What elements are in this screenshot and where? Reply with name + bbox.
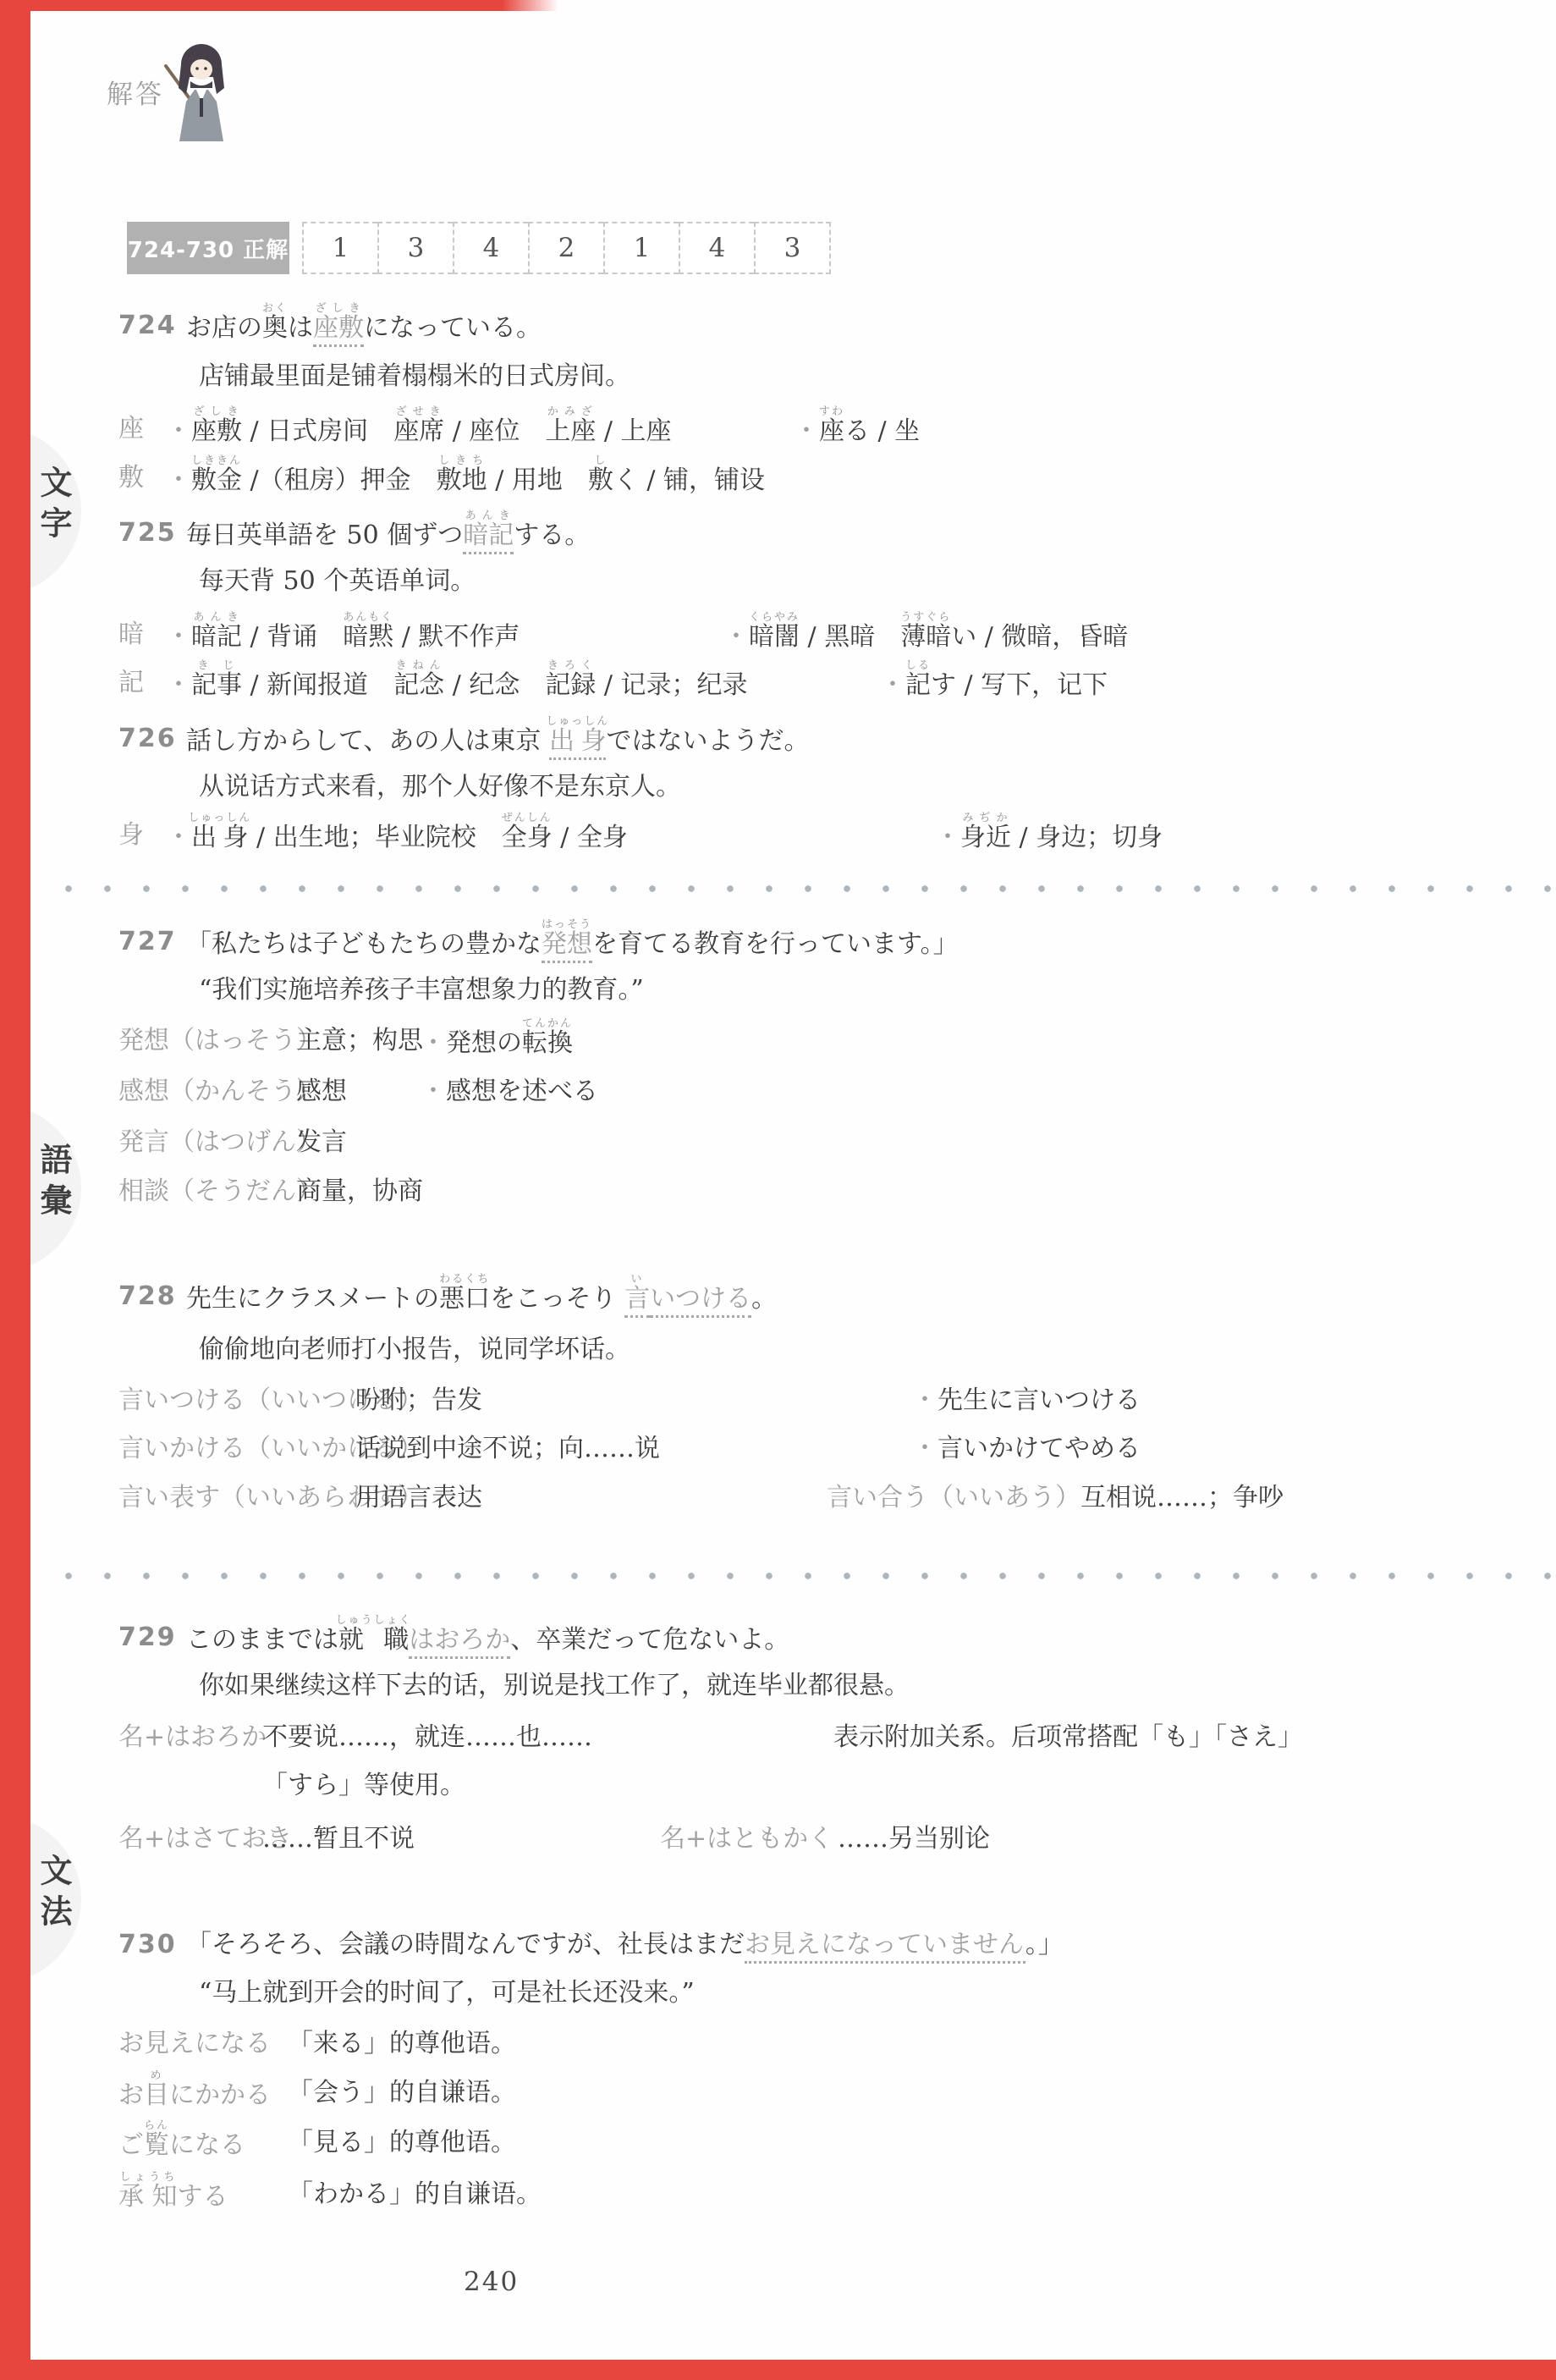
text-seg: 言い合う（いいあう） [827,1483,1080,1512]
text-seg: 言いかけてやめる [937,1434,1141,1463]
text-seg: 表示附加关系。后项常搭配「も」「さえ」 [833,1722,1303,1752]
text-seg: 先生に言いつける [937,1386,1141,1415]
text-seg: 暗闇くらやみ [749,622,800,652]
text-row: 座・座敷ざしき / 日式房间 座席ざせき / 座位 上座かみざ / 上座・座すわ… [0,405,1556,453]
text-seg: 敷金しききん [191,466,242,495]
text-seg: 「来る」的尊他语。 [288,2029,516,2058]
example: ・感想を述べる [421,1068,598,1116]
kanji-headword: 身 [118,812,144,859]
text-seg: 座すわ [819,416,844,446]
text-seg: ・ [166,416,191,446]
text-seg: ・ [166,622,191,652]
cn-translation: 店铺最里面是铺着榻榻米的日式房间。 [199,353,630,400]
headword: お見えになる [118,2020,271,2068]
answer-word: お見えになっていません [745,1930,1025,1964]
entry: 言い合う（いいあう）互相说……；争吵 [827,1474,1284,1522]
cn-translation: 你如果继续这样下去的话，别说是找工作了，就连毕业都很悬。 [199,1662,910,1710]
kanji-headword: 暗 [118,611,144,658]
text-seg: 店铺最里面是铺着榻榻米的日式房间。 [199,361,630,391]
section-number: 728 [118,1273,177,1320]
text-row: 暗・暗記あんき / 背诵 暗黙あんもく / 默不作声・暗闇くらやみ / 黑暗 薄… [0,611,1556,658]
text-seg: 上座かみざ [545,416,596,446]
text-seg: 从说话方式来看，那个人好像不是东京人。 [199,772,681,802]
text-seg: 座席ざせき [393,416,444,446]
text-row: 每天背 50 个英语单词。 [0,558,1556,605]
text-row: 言い表す（いいあらわす）用语言表达言い合う（いいあう）互相说……；争吵 [0,1474,1556,1522]
cn-translation: “马上就到开会的时间了，可是社长还没来。” [199,1970,695,2017]
text-row: 敷・敷金しききん /（租房）押金 敷地しきち / 用地 敷しく / 铺，铺设 [0,455,1556,502]
text-seg: 相談（そうだん） [118,1176,322,1206]
text-seg: このままでは [186,1625,338,1655]
text-seg: 、卒業だって危ないよ。 [510,1625,789,1655]
text-seg: する [178,2182,228,2212]
text-row: 728先生にクラスメートの悪口わるくちをこっそり 言いいつける。 [0,1273,1556,1320]
text-row: 726話し方からして、あの人は東京 出身しゅっしんではないようだ。 [0,715,1556,763]
gloss: 主意；构思 [296,1017,423,1065]
text-seg: 。 [751,1284,777,1314]
text-seg: 730 [118,1930,177,1959]
gloss: 感想 [296,1068,347,1116]
text-seg: 就 職しゅうしょく [338,1625,409,1655]
text-seg: ・ [421,1028,446,1058]
text-row: 名+はさておき……暂且不说名+はともかく……另当别论 [0,1815,1556,1863]
text-row: 承 知しょうちする「わかる」的自谦语。 [0,2171,1556,2218]
text-row: 从说话方式来看，那个人好像不是东京人。 [0,763,1556,811]
text-seg: 先生にクラスメートの [186,1284,439,1314]
text-seg: 暗 [118,620,144,649]
text-row: 言いかける（いいかける）话说到中途不说；向……说・言いかけてやめる [0,1425,1556,1473]
text-seg: お見えになる [118,2029,271,2058]
example: ・先生に言いつける [912,1377,1141,1424]
text-seg: 座 [118,414,144,443]
text-seg: 偷偷地向老师打小报告，说同学坏话。 [199,1335,630,1364]
text-seg: 感想 [296,1077,347,1106]
answer-word: はおろか [409,1625,510,1659]
text-seg: ・ [935,823,960,852]
text-seg: る / 坐 [844,416,920,446]
entry: ・記しるす / 写下，记下 [880,659,1108,709]
text-row: 記・記事きじ / 新闻报道 記念きねん / 纪念 記録きろく / 记录；纪录・記… [0,659,1556,707]
gloss: 发言 [296,1119,347,1166]
text-seg: ・ [166,670,191,700]
answer-word: 座敷ざしき [313,313,364,347]
text-row: 你如果继续这样下去的话，别说是找工作了，就连毕业都很悬。 [0,1662,1556,1710]
answer-word: 発想はっそう [542,929,592,963]
text-seg: 暗記あんき [191,622,242,652]
section-number: 727 [118,918,177,966]
section-number: 730 [118,1921,177,1969]
text-seg: 奥おく [262,313,288,343]
text-seg: 暗黙あんもく [343,622,393,652]
cn-translation: “我们实施培养孩子丰富想象力的教育。” [199,967,644,1014]
text-seg: 名+はおろか [118,1722,267,1752]
page-edge-top [0,0,558,11]
text-seg: 用语言表达 [355,1483,482,1512]
text-seg: 吩咐；告发 [355,1386,482,1415]
text-seg: 転換てんかん [522,1028,573,1058]
text-seg: を育てる教育を行っています。」 [592,929,959,959]
text-seg: / 全身 [553,823,628,852]
text-seg: 725 [118,518,177,548]
text-seg: / 默不作声 [393,622,520,652]
text-seg: ……另当别论 [838,1824,990,1854]
text-row: 発想（はっそう）主意；构思・発想の転換てんかん [0,1017,1556,1065]
text-seg: く / 铺，铺设 [613,466,765,495]
text-seg: 悪口わるくち [439,1284,490,1314]
gloss: ……暂且不说 [262,1815,415,1863]
text-row: “马上就到开会的时间了，可是社长还没来。” [0,1970,1556,2017]
text-seg: 目め [144,2080,169,2110]
text-seg: 身 [118,820,144,850]
text-seg: ……暂且不说 [262,1824,415,1854]
text-seg: 覧らん [144,2130,169,2160]
text-seg: 記事きじ [191,670,242,700]
text-seg: ・ [880,670,905,700]
text-row: 言いつける（いいつける）吩咐；告发・先生に言いつける [0,1377,1556,1424]
gloss: 「すら」等使用。 [262,1762,465,1810]
page-edge-left [0,0,30,2380]
text-seg: 感想（かんそう） [118,1077,322,1106]
kanji-headword: 敷 [118,455,144,502]
text-seg: 「見る」的尊他语。 [288,2128,516,2157]
text-seg: 座敷ざしき [191,416,242,446]
entry: ・記事きじ / 新闻报道 記念きねん / 纪念 記録きろく / 记录；纪录 [166,659,748,709]
content: 724お店の奥おくは座敷ざしきになっている。店铺最里面是铺着榻榻米的日式房间。座… [0,0,1556,2380]
text-seg: になる [169,2130,245,2160]
text-row: お目めにかかる「会う」的自谦语。 [0,2069,1556,2117]
answer-word: 出身しゅっしん [549,726,607,760]
text-seg: / 背诵 [242,622,343,652]
entry: ・出身しゅっしん / 出生地；毕业院校 全身ぜんしん / 全身 [166,812,628,862]
text-row: 発言（はつげん）发言 [0,1119,1556,1166]
text-seg: い / 微暗，昏暗 [951,622,1128,652]
entry: ・身近みぢか / 身边；切身 [935,812,1163,862]
headword: 承 知しょうちする [118,2171,228,2221]
example: ・発想の転換てんかん [421,1017,573,1067]
text-seg: 発言（はつげん） [118,1127,322,1157]
gloss: 商量，协商 [296,1168,423,1215]
text-row: “我们实施培养孩子丰富想象力的教育。” [0,967,1556,1014]
text-row: 感想（かんそう）感想・感想を述べる [0,1068,1556,1116]
gloss: 「来る」的尊他语。 [288,2020,516,2068]
text-row: 相談（そうだん）商量，协商 [0,1168,1556,1215]
text-seg: ・ [912,1434,937,1463]
text-seg: 「そろそろ、会議の時間なんですが、社長はまだ [186,1930,745,1959]
text-row: お見えになる「来る」的尊他语。 [0,2020,1556,2068]
headword: 発想（はっそう） [118,1017,322,1065]
jp-sentence: 先生にクラスメートの悪口わるくちをこっそり 言いいつける。 [186,1273,777,1323]
text-seg: / 座位 [444,416,545,446]
jp-sentence: 毎日英単語を 50 個ずつ暗記あんきする。 [186,510,590,559]
page-number: 240 [464,2267,519,2297]
text-row: 店铺最里面是铺着榻榻米的日式房间。 [0,353,1556,400]
headword: 名+はともかく [660,1815,833,1863]
text-seg: ・ [421,1077,446,1106]
text-seg: 全身ぜんしん [502,823,553,852]
text-seg: 你如果继续这样下去的话，别说是找工作了，就连毕业都很悬。 [199,1671,910,1700]
page-edge-bottom [0,2360,1556,2380]
text-row: 偷偷地向老师打小报告，说同学坏话。 [0,1326,1556,1374]
text-seg: 不要说……，就连……也…… [262,1722,592,1752]
section-number: 724 [118,302,177,350]
entry: ・暗闇くらやみ / 黑暗 薄暗うすぐらい / 微暗，昏暗 [723,611,1128,661]
jp-sentence: 話し方からして、あの人は東京 出身しゅっしんではないようだ。 [186,715,809,765]
jp-sentence: 「私たちは子どもたちの豊かな発想はっそうを育てる教育を行っています。」 [186,918,959,968]
text-seg: ・ [166,466,191,495]
text-seg: / 纪念 [444,670,545,700]
text-seg: ではないようだ。 [606,726,809,756]
text-seg: 毎日英単語を 50 個ずつ [186,521,463,550]
answer-word: 言い [624,1284,650,1318]
textbook-page: 文字 語彙 文法 解答 724-730 正解 1342143 724お店の奥おく… [0,0,1556,2380]
gloss: ……另当别论 [838,1815,990,1863]
headword: 発言（はつげん） [118,1119,322,1166]
text-row: 「すら」等使用。 [0,1762,1556,1810]
text-seg: ・ [794,416,819,446]
text-seg: 記念きねん [393,670,444,700]
text-seg: 724 [118,311,177,340]
text-seg: 「わかる」的自谦语。 [288,2179,542,2209]
text-seg: 記 [118,668,144,697]
entry: ・暗記あんき / 背诵 暗黙あんもく / 默不作声 [166,611,520,661]
text-seg: 发言 [296,1127,347,1157]
text-seg: / 身边；切身 [1011,823,1163,852]
text-seg: /（租房）押金 [242,466,437,495]
jp-sentence: このままでは就 職しゅうしょくはおろか、卒業だって危ないよ。 [186,1614,789,1664]
text-seg: す / 写下，记下 [931,670,1108,700]
text-seg: 薄暗うすぐら [900,622,951,652]
entry: ・敷金しききん /（租房）押金 敷地しきち / 用地 敷しく / 铺，铺设 [166,455,765,504]
text-seg: 感想を述べる [446,1077,598,1106]
text-seg: 727 [118,927,177,956]
text-row: 身・出身しゅっしん / 出生地；毕业院校 全身ぜんしん / 全身・身近みぢか /… [0,812,1556,859]
answer-word: 暗記あんき [463,521,514,554]
cn-translation: 偷偷地向老师打小报告，说同学坏话。 [199,1326,630,1374]
text-seg: 话说到中途不说；向……说 [355,1434,660,1463]
gloss: 不要说……，就连……也…… [262,1714,592,1761]
kanji-headword: 座 [118,405,144,453]
headword: 相談（そうだん） [118,1168,322,1215]
gloss: 表示附加关系。后项常搭配「も」「さえ」 [833,1714,1303,1761]
text-seg: / 上座 [596,416,671,446]
text-seg: 「私たちは子どもたちの豊かな [186,929,542,959]
entry: ・座敷ざしき / 日式房间 座席ざせき / 座位 上座かみざ / 上座 [166,405,672,455]
headword: 名+はおろか [118,1714,267,1761]
text-seg: / 出生地；毕业院校 [249,823,502,852]
answer-word: いつける [650,1284,751,1318]
text-seg: 敷地しきち [437,466,487,495]
section-number: 729 [118,1614,177,1661]
text-seg: は [288,313,313,343]
text-seg: 発想（はっそう） [118,1026,322,1055]
text-row: 724お店の奥おくは座敷ざしきになっている。 [0,302,1556,350]
text-seg: 敷 [118,463,144,493]
text-seg: 「すら」等使用。 [262,1771,465,1800]
text-row: 729このままでは就 職しゅうしょくはおろか、卒業だって危ないよ。 [0,1614,1556,1661]
text-seg: 主意；构思 [296,1026,423,1055]
text-row: ご覧らんになる「見る」的尊他语。 [0,2119,1556,2167]
text-seg: ご [118,2130,144,2160]
gloss: 用语言表达 [355,1474,482,1522]
text-seg: / 用地 [487,466,588,495]
text-seg: 「会う」的自谦语。 [288,2078,516,2107]
kanji-headword: 記 [118,659,144,707]
text-seg: / 黑暗 [800,622,900,652]
gloss: 「会う」的自谦语。 [288,2069,516,2117]
text-seg: 728 [118,1281,177,1311]
text-seg: 敷し [588,466,613,495]
cn-translation: 从说话方式来看，那个人好像不是东京人。 [199,763,681,811]
headword: 感想（かんそう） [118,1068,322,1116]
text-seg: / 日式房间 [242,416,393,446]
section-number: 725 [118,510,177,557]
text-seg: 商量，协商 [296,1176,423,1206]
text-seg: / 新闻报道 [242,670,393,700]
text-seg: 。」 [1025,1930,1064,1959]
headword: お目めにかかる [118,2069,271,2119]
jp-sentence: 「そろそろ、会議の時間なんですが、社長はまだお見えになっていません。」 [186,1921,1064,1969]
gloss: 吩咐；告发 [355,1377,482,1424]
gloss: 话说到中途不说；向……说 [355,1425,660,1473]
text-seg: 名+はともかく [660,1824,833,1854]
text-seg: 每天背 50 个英语单词。 [199,566,476,596]
example: ・言いかけてやめる [912,1425,1141,1473]
text-row: 名+はおろか不要说……，就连……也……表示附加关系。后项常搭配「も」「さえ」 [0,1714,1556,1761]
gloss: 「わかる」的自谦语。 [288,2171,542,2218]
text-row: 725毎日英単語を 50 個ずつ暗記あんきする。 [0,510,1556,557]
text-seg: 729 [118,1622,177,1652]
text-seg: / 记录；纪录 [596,670,747,700]
text-seg: お [118,2080,144,2110]
text-seg: にかかる [169,2080,271,2110]
text-seg: 発想の [446,1028,522,1058]
text-seg: 726 [118,724,177,753]
text-seg: ・ [723,622,749,652]
text-seg: する。 [514,521,590,550]
text-seg: 記録きろく [545,670,596,700]
jp-sentence: お店の奥おくは座敷ざしきになっている。 [186,302,542,352]
text-seg: になっている。 [364,313,542,343]
text-seg: をこっそり [490,1284,624,1314]
text-row: 727「私たちは子どもたちの豊かな発想はっそうを育てる教育を行っています。」 [0,918,1556,966]
text-seg: 出身しゅっしん [191,823,249,852]
text-seg: “马上就到开会的时间了，可是社长还没来。” [199,1978,695,2008]
text-seg: 互相说……；争吵 [1080,1483,1284,1512]
text-row: 730「そろそろ、会議の時間なんですが、社長はまだお見えになっていません。」 [0,1921,1556,1969]
entry: ・座すわる / 坐 [794,405,920,455]
text-seg: 記しる [905,670,931,700]
text-seg: ・ [912,1386,937,1415]
text-seg: お店の [186,313,262,343]
section-number: 726 [118,715,177,763]
cn-translation: 每天背 50 个英语单词。 [199,558,476,605]
text-seg: “我们实施培养孩子丰富想象力的教育。” [199,975,644,1005]
text-seg: 承 知しょうち [118,2182,178,2212]
headword: ご覧らんになる [118,2119,245,2169]
text-seg: 話し方からして、あの人は東京 [186,726,549,756]
text-seg: 身近みぢか [960,823,1011,852]
gloss: 「見る」的尊他语。 [288,2119,516,2167]
